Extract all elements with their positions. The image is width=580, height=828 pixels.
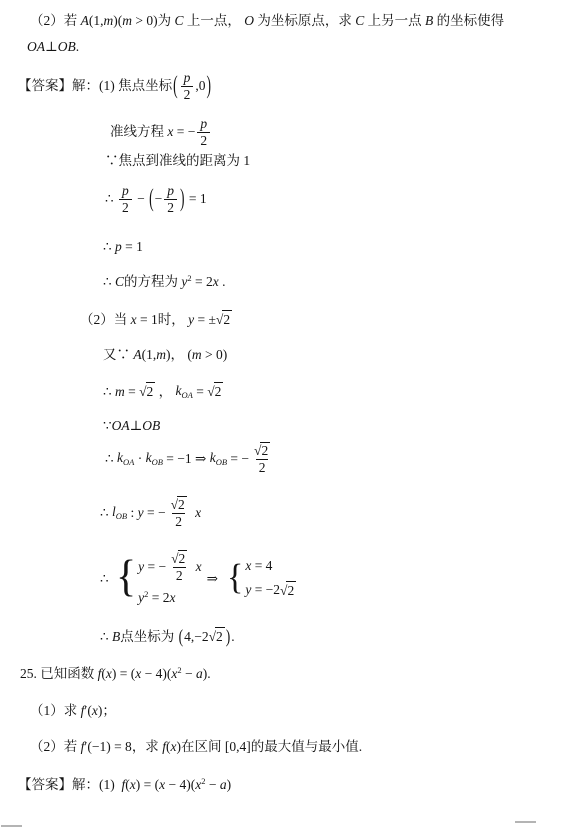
radicand: 2 (178, 550, 188, 567)
m-koa-values: ∴ m = √2 ， kOA = √2 (103, 382, 223, 401)
text: (1, (89, 12, 104, 30)
text: = 1 (185, 190, 206, 208)
text: . (219, 273, 226, 291)
text: = (193, 383, 207, 401)
denominator: 2 (172, 513, 185, 530)
part2-x-equals-1: （2）当 x = 1时， y = ±√2 (80, 310, 232, 329)
text: 上一点， (184, 12, 245, 30)
text: 准线方程 (110, 123, 167, 141)
problem-24-part2-statement: （2）若 A(1,m)(m > 0)为 C 上一点， O 为坐标原点，求 C 上… (30, 12, 504, 30)
fraction: p2 (181, 70, 194, 102)
therefore-symbol: ∴ (100, 628, 112, 646)
math-var: m (192, 346, 202, 364)
math-var: m (122, 12, 132, 30)
math-var: OB (142, 417, 160, 435)
equation-row: y = −√22 x (138, 550, 202, 583)
text: − (182, 665, 196, 683)
text: 【答案】解：(1) 焦点坐标 (18, 77, 172, 95)
text: )( (113, 12, 122, 30)
math-var: m (104, 12, 114, 30)
text: = ± (194, 311, 216, 329)
text: = 1 (137, 311, 158, 329)
line-ob-equation: ∴ lOB : y = −√22 x (100, 496, 201, 529)
directrix-equation: 准线方程 x = −p2 (110, 116, 212, 148)
big-paren-left: ( (172, 69, 179, 101)
slope-product: ∴ kOA · kOB = −1 ⇒ kOB = −√22 (105, 442, 275, 475)
because-symbol: ∵ (103, 417, 112, 435)
square-root: √2 (216, 310, 232, 329)
square-root: √2 (209, 627, 225, 646)
answer-24-focus-coordinates: 【答案】解：(1) 焦点坐标(p2,0) (18, 70, 212, 102)
square-root: √2 (280, 581, 296, 600)
text: . (231, 628, 234, 646)
text: 为 (158, 12, 175, 30)
k-ob: kOB (146, 449, 163, 468)
y-squared: y2 (138, 589, 148, 607)
k-oa: kOA (176, 382, 193, 401)
square-root: √2 (171, 550, 187, 567)
text: : (127, 504, 138, 522)
subscript: OB (216, 457, 227, 467)
text: 的坐标使得 (433, 12, 504, 30)
text: = −1 ⇒ (163, 450, 210, 468)
text: 的方程为 (124, 273, 181, 291)
scrollbar-fragment-right (515, 821, 536, 823)
math-var: a (196, 665, 203, 683)
text: = − (144, 558, 166, 576)
radicand: 2 (146, 382, 156, 401)
text: ′( (84, 702, 91, 720)
document-page: （2）若 A(1,m)(m > 0)为 C 上一点， O 为坐标原点，求 C 上… (0, 0, 580, 828)
text: （2）若 (30, 738, 81, 756)
math-var: C (174, 12, 183, 30)
text: )； (98, 702, 116, 720)
point-b-coordinates: ∴ B点坐标为 (4,−2√2). (100, 627, 235, 646)
text: = 1 (122, 238, 143, 256)
text: ) (227, 776, 232, 794)
text: ，求 (132, 738, 162, 756)
denominator: 2 (256, 459, 269, 476)
numerator: √2 (168, 550, 190, 567)
math-var: C (115, 273, 124, 291)
perp-symbol: ⊥ (45, 38, 58, 56)
system-of-equations: ∴ {y = −√22 xy2 = 2x⇒{x = 4y = −2√2 (100, 550, 296, 607)
l-ob: lOB (112, 503, 127, 522)
point-a-condition: 又∵ A(1,m)， (m > 0) (103, 346, 227, 364)
minus-sign: − (134, 190, 148, 208)
math-var: x (170, 589, 176, 607)
radicand: 2 (215, 627, 225, 646)
fraction: p2 (119, 183, 132, 215)
dot-operator: · (134, 450, 145, 468)
problem-25-statement: 25. 已知函数 f(x) = (x − 4)(x2 − a). (20, 665, 211, 683)
math-var: OA (112, 417, 130, 435)
fraction: √22 (251, 442, 273, 475)
text: )， ( (166, 346, 192, 364)
answer-25-header: 【答案】解：(1) f(x) = (x − 4)(x2 − a) (18, 776, 231, 794)
math-var: O (244, 12, 254, 30)
denominator: 2 (197, 132, 210, 149)
minus-sign: − (155, 190, 163, 208)
math-var: OB (58, 38, 76, 56)
text: 4,−2 (184, 628, 209, 646)
radicand: 2 (214, 382, 224, 401)
math-var: A (133, 346, 141, 364)
text: (1, (142, 346, 157, 364)
denominator: 2 (119, 199, 132, 216)
text: ) = ( (136, 776, 159, 794)
implies-arrow: ⇒ (207, 570, 218, 588)
x-squared: x2 (195, 776, 205, 794)
oa-perp-ob-condition: ∵OA⊥OB (103, 417, 160, 435)
fraction: √22 (168, 496, 190, 529)
left-brace: { (116, 558, 136, 598)
paren-left: ( (178, 624, 185, 649)
math-var: p (115, 238, 122, 256)
numerator: √2 (168, 496, 190, 513)
text: = − (227, 450, 249, 468)
subscript: OA (123, 457, 134, 467)
radicand: 2 (177, 496, 187, 513)
text: = 4 (251, 557, 272, 575)
text: ). (203, 665, 211, 683)
therefore-symbol: ∴ (105, 190, 117, 208)
big-paren-right: ) (179, 182, 186, 214)
math-var: OA (27, 38, 45, 56)
therefore-symbol: ∴ (100, 570, 112, 588)
therefore-symbol: ∴ (103, 273, 115, 291)
text: − (205, 776, 219, 794)
left-brace: { (227, 562, 243, 594)
text: − 4)( (165, 776, 195, 794)
numerator: p (197, 116, 210, 132)
math-var: m (156, 346, 166, 364)
text: （2）当 (80, 311, 131, 329)
text: ,0 (195, 77, 205, 95)
square-root: √2 (254, 442, 270, 459)
k-oa: kOA (117, 449, 134, 468)
fraction: √22 (168, 550, 190, 583)
square-root: √2 (171, 496, 187, 513)
radicand: 2 (286, 581, 296, 600)
denominator: 2 (181, 86, 194, 103)
equation-row: y = −2√2 (245, 581, 296, 600)
equation-row: x = 4 (245, 557, 272, 575)
math-var: x (192, 558, 201, 576)
numerator: p (164, 183, 177, 199)
x-squared: x2 (171, 665, 181, 683)
fraction: p2 (197, 116, 210, 148)
text: > 0) (202, 346, 228, 364)
numerator: p (119, 183, 132, 199)
text: = 2 (148, 589, 169, 607)
text: 时， (158, 311, 188, 329)
square-root: √2 (139, 382, 155, 401)
denominator: 2 (164, 199, 177, 216)
y-squared: y2 (181, 273, 191, 291)
fraction: p2 (164, 183, 177, 215)
big-paren-left: ( (148, 182, 155, 214)
denominator: 2 (173, 567, 186, 584)
numerator: p (181, 70, 194, 86)
subscript: OA (182, 390, 193, 400)
solution-stack: x = 4y = −2√2 (245, 557, 296, 599)
text: 又∵ (103, 346, 133, 364)
text: （1）求 (30, 702, 81, 720)
radicand: 2 (260, 442, 270, 459)
interval: [0,4] (225, 738, 251, 756)
therefore-symbol: ∴ (103, 383, 115, 401)
numerator: √2 (251, 442, 273, 459)
equation-row: y2 = 2x (138, 589, 175, 607)
math-var: x (192, 504, 201, 522)
subscript: OB (116, 511, 127, 521)
k-ob: kOB (210, 449, 227, 468)
curve-c-equation: ∴ C的方程为 y2 = 2x . (103, 273, 225, 291)
scrollbar-fragment-left (1, 825, 22, 827)
text: ′(−1) = 8 (84, 738, 131, 756)
text: 点坐标为 (120, 628, 177, 646)
paren-right: ) (225, 624, 232, 649)
text: . (76, 38, 79, 56)
focus-directrix-distance: ∵焦点到准线的距离为 1 (105, 152, 250, 170)
text: （2）若 (30, 12, 81, 30)
math-var: B (425, 12, 433, 30)
text: > 0) (132, 12, 158, 30)
therefore-symbol: ∴ (105, 450, 117, 468)
math-var: B (112, 628, 120, 646)
text: ) = ( (112, 665, 135, 683)
perp-symbol: ⊥ (130, 417, 143, 435)
text: 在区间 (181, 738, 225, 756)
math-var: A (81, 12, 89, 30)
math-var: m (115, 383, 125, 401)
square-root: √2 (207, 382, 223, 401)
oa-perp-ob: OA⊥OB. (27, 38, 79, 56)
math-var: a (220, 776, 227, 794)
problem-25-part2: （2）若 f′(−1) = 8，求 f(x)在区间 [0,4]的最大值与最小值. (30, 738, 362, 756)
text: 【答案】解：(1) (18, 776, 122, 794)
p-value: ∴ p = 1 (103, 238, 143, 256)
math-var: C (355, 12, 364, 30)
text: 25. 已知函数 (20, 665, 98, 683)
therefore-symbol: ∴ (100, 504, 112, 522)
text: = − (144, 504, 166, 522)
problem-25-part1: （1）求 f′(x)； (30, 702, 116, 720)
text: − 4)( (141, 665, 171, 683)
text: ， (155, 383, 175, 401)
equation-stack: y = −√22 xy2 = 2x (138, 550, 202, 607)
therefore-symbol: ∴ (103, 238, 115, 256)
subscript: OB (152, 457, 163, 467)
text: ∵焦点到准线的距离为 1 (105, 152, 250, 170)
text: 的最大值与最小值. (251, 738, 362, 756)
text: = 2 (192, 273, 213, 291)
text: = − (173, 123, 195, 141)
text: = −2 (251, 581, 280, 599)
p-equation: ∴ p2 − (−p2) = 1 (105, 183, 207, 215)
text: 上另一点 (364, 12, 425, 30)
text: = (125, 383, 139, 401)
radicand: 2 (222, 310, 232, 329)
big-paren-right: ) (206, 69, 213, 101)
text: 为坐标原点，求 (254, 12, 355, 30)
